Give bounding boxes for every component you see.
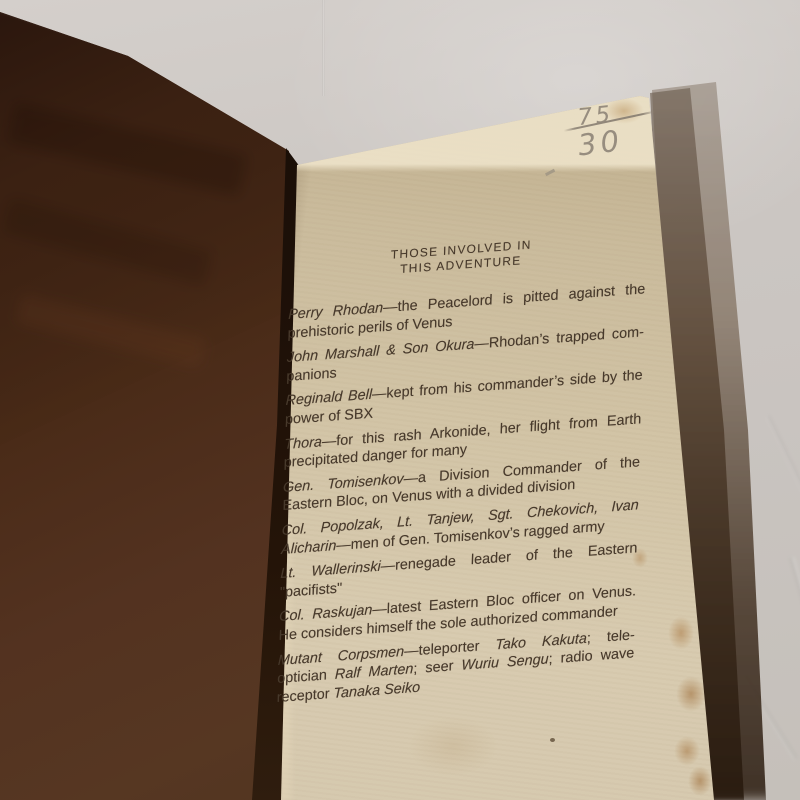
page-stain [408, 716, 498, 776]
cast-list-text: THOSE INVOLVED IN THIS ADVENTURE Perry R… [276, 229, 647, 713]
cover-emboss-ghost [6, 102, 247, 196]
cover-emboss-ghost [1, 197, 213, 286]
pencil-price-current: 30 [576, 123, 625, 162]
cast-list: Perry Rhodan—the Peacelord is pitted aga… [276, 280, 645, 707]
cloth-wrinkle [766, 415, 800, 492]
pencil-price-annotation: 75 30 [552, 89, 685, 199]
wall-crease [322, 0, 325, 96]
cover-emboss-ghost [15, 293, 207, 368]
page-foxing-spot [668, 616, 694, 650]
cover-edge-highlight [0, 8, 133, 56]
page-foxing-spot [688, 766, 712, 796]
page-foxing-spot [674, 736, 700, 766]
page-speck [550, 738, 555, 742]
page-foxing-spot [676, 676, 706, 712]
cloth-wrinkle [789, 557, 800, 664]
book-photo-scene: THOSE INVOLVED IN THIS ADVENTURE Perry R… [0, 0, 800, 800]
